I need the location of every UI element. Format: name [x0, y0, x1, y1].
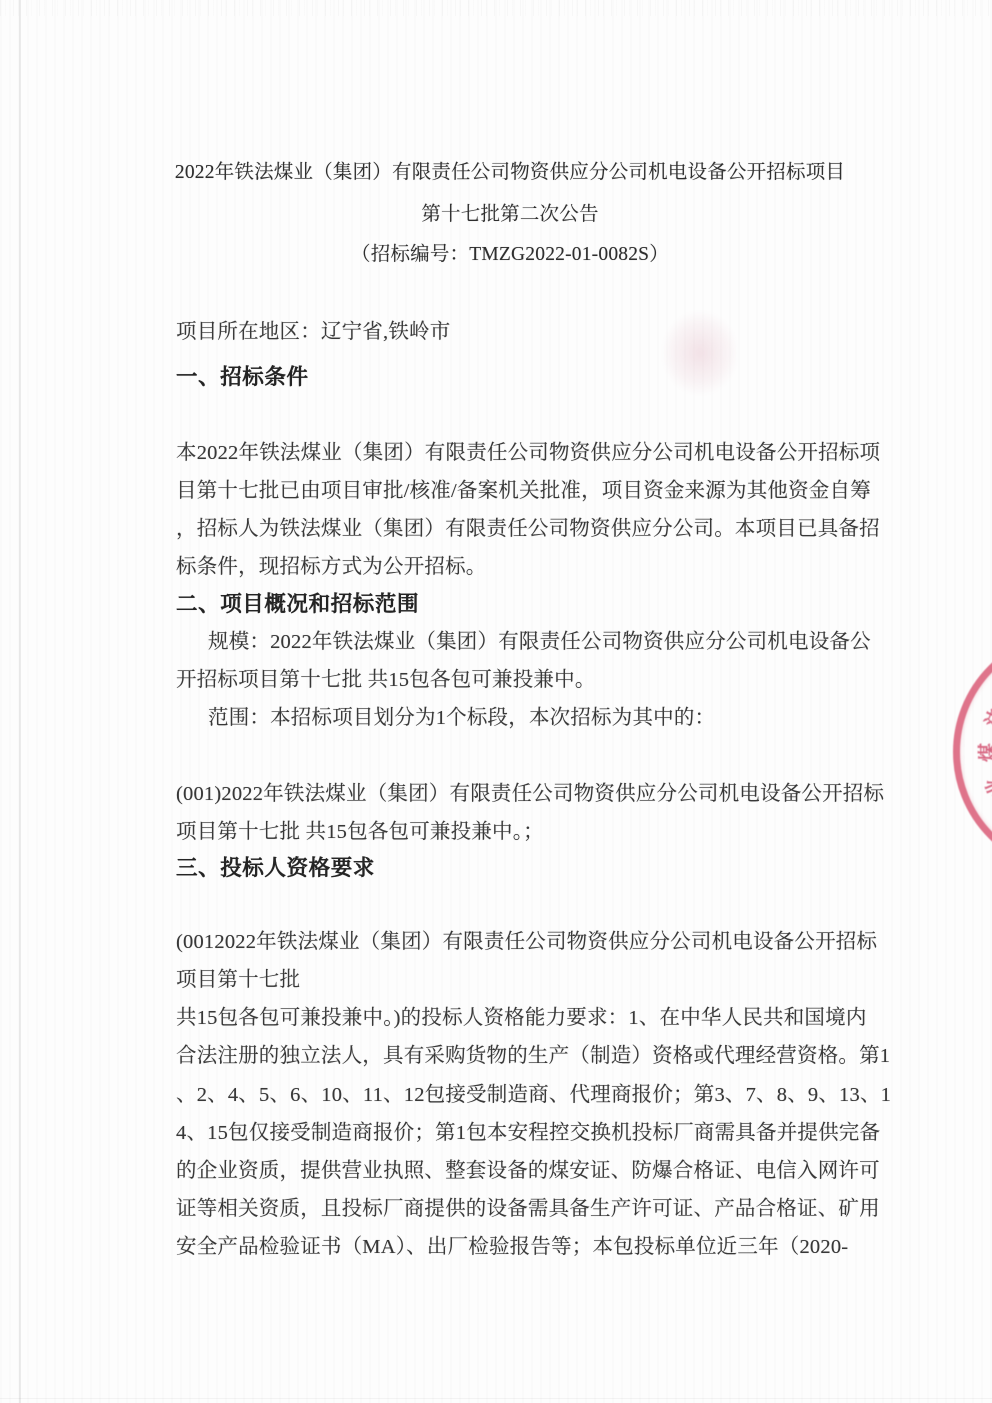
doc-line: 共15包各包可兼投兼中。)的投标人资格能力要求：1、在中华人民共和国境内	[176, 1003, 866, 1033]
seal-ring	[953, 630, 992, 874]
doc-title-line-2: 第十七批第二次公告	[165, 200, 855, 230]
doc-line: ，招标人为铁法煤业（集团）有限责任公司物资供应分公司。本项目已具备招	[176, 514, 866, 544]
doc-line: 目第十七批已由项目审批/核准/备案机关批准，项目资金来源为其他资金自筹	[176, 476, 866, 506]
project-location-line: 项目所在地区：辽宁省,铁岭市	[176, 317, 866, 347]
official-red-seal-partial: 铁 法 煤 业 物	[953, 630, 992, 874]
section-3-heading: 三、投标人资格要求	[176, 853, 866, 883]
scanned-document-page: 2022年铁法煤业（集团）有限责任公司物资供应分公司机电设备公开招标项目 第十七…	[0, 0, 992, 1403]
doc-line: 合法注册的独立法人，具有采购货物的生产（制造）资格或代理经营资格。第1	[176, 1041, 866, 1071]
seal-glyph: 法	[983, 706, 992, 731]
scan-edge-line-bottom	[0, 1398, 992, 1399]
doc-line: 安全产品检验证书（MA）、出厂检验报告等；本包投标单位近三年（2020-	[176, 1232, 866, 1262]
doc-line: (001)2022年铁法煤业（集团）有限责任公司物资供应分公司机电设备公开招标	[176, 779, 866, 809]
doc-line: 证等相关资质，且投标厂商提供的设备需具备生产许可证、产品合格证、矿用	[176, 1194, 866, 1224]
doc-title-bid-number: （招标编号：TMZG2022-01-0082S）	[165, 240, 855, 270]
doc-line: 本2022年铁法煤业（集团）有限责任公司物资供应分公司机电设备公开招标项	[176, 438, 866, 468]
doc-line: 开招标项目第十七批 共15包各包可兼投兼中。	[176, 665, 866, 695]
doc-line: 4、15包仅接受制造商报价；第1包本安程控交换机投标厂商需具备并提供完备	[176, 1118, 866, 1148]
section-1-heading: 一、招标条件	[176, 362, 866, 392]
doc-line: 项目第十七批 共15包各包可兼投兼中。；	[176, 817, 866, 847]
doc-title-line-1: 2022年铁法煤业（集团）有限责任公司物资供应分公司机电设备公开招标项目	[165, 158, 855, 188]
seal-glyph: 煤	[979, 743, 992, 762]
doc-line: 标条件，现招标方式为公开招标。	[176, 552, 866, 582]
doc-line: 的企业资质，提供营业执照、整套设备的煤安证、防爆合格证、电信入网许可	[176, 1156, 866, 1186]
doc-line: 规模：2022年铁法煤业（集团）有限责任公司物资供应分公司机电设备公	[176, 627, 898, 657]
section-2-heading: 二、项目概况和招标范围	[176, 589, 866, 619]
seal-glyph: 业	[983, 774, 992, 799]
doc-line: (0012022年铁法煤业（集团）有限责任公司物资供应分公司机电设备公开招标	[176, 927, 866, 957]
doc-line: 、2、4、5、6、10、11、12包接受制造商、代理商报价；第3、7、8、9、1…	[176, 1080, 866, 1110]
scan-edge-noise-top	[0, 0, 992, 16]
doc-line: 范围：本招标项目划分为1个标段，本次招标为其中的：	[176, 703, 898, 733]
doc-line: 项目第十七批	[176, 965, 866, 995]
scan-edge-line-left	[19, 0, 21, 1403]
